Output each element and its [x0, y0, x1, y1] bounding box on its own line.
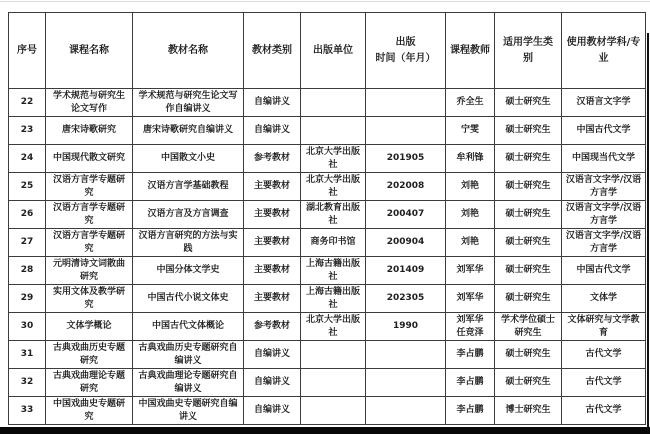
col-header-students: 适用学生类 别 — [495, 13, 562, 89]
cell-course: 汉语方言学专题研究 — [46, 229, 133, 257]
cell-course: 汉语方言学专题研究 — [46, 201, 133, 229]
table-row: 25汉语方言学专题研究汉语方言学基础教程主要教材北京大学出版社202008刘艳硕… — [9, 173, 646, 201]
cell-textbook: 中国分体文学史 — [133, 257, 244, 285]
cell-publisher: 北京大学出版社 — [301, 313, 366, 341]
cell-publisher: 商务印书馆 — [301, 229, 366, 257]
cell-students: 学术学位硕士 研究生 — [495, 313, 562, 341]
cell-pub_date — [366, 117, 446, 145]
cell-pub_date: 201905 — [366, 145, 446, 173]
cell-pub_date — [366, 397, 446, 425]
col-header-pub-date: 出版 时间（年月） — [366, 13, 446, 89]
cell-students: 硕士研究生 — [495, 369, 562, 397]
cell-textbook: 中国古代文体概论 — [133, 313, 244, 341]
cell-course: 唐宋诗歌研究 — [46, 117, 133, 145]
table-row: 23唐宋诗歌研究唐宋诗歌研究自编讲义自编讲义宁雯硕士研究生中国古代文学 — [9, 117, 646, 145]
cell-course: 中国戏曲史专题研究 — [46, 397, 133, 425]
cell-publisher — [301, 341, 366, 369]
table-row: 29实用文体及教学研究中国古代小说文体史主要教材上海古籍出版社202305刘军华… — [9, 285, 646, 313]
cell-students: 博士研究生 — [495, 397, 562, 425]
cell-teacher: 刘军华 — [446, 285, 495, 313]
col-header-course: 课程名称 — [46, 13, 133, 89]
textbook-table: 序号 课程名称 教材名称 教材类别 出版单位 出版 时间（年月） 课程教师 适用… — [8, 12, 646, 425]
cell-students: 硕士研究生 — [495, 229, 562, 257]
cell-pub_date — [366, 341, 446, 369]
cell-teacher: 刘艳 — [446, 201, 495, 229]
cell-index: 31 — [9, 341, 46, 369]
cell-students: 硕士研究生 — [495, 89, 562, 117]
cell-category: 参考教材 — [244, 313, 301, 341]
cell-category: 自编讲义 — [244, 89, 301, 117]
cell-index: 28 — [9, 257, 46, 285]
document-page: 序号 课程名称 教材名称 教材类别 出版单位 出版 时间（年月） 课程教师 适用… — [0, 0, 650, 434]
cell-teacher: 宁雯 — [446, 117, 495, 145]
cell-textbook: 古典戏曲历史专题研究自编讲义 — [133, 341, 244, 369]
col-header-index: 序号 — [9, 13, 46, 89]
cell-subject: 汉语言文字学 — [562, 89, 646, 117]
table-header-row: 序号 课程名称 教材名称 教材类别 出版单位 出版 时间（年月） 课程教师 适用… — [9, 13, 646, 89]
col-header-textbook: 教材名称 — [133, 13, 244, 89]
cell-index: 22 — [9, 89, 46, 117]
cell-teacher: 刘军华 任竞泽 — [446, 313, 495, 341]
cell-teacher: 刘艳 — [446, 173, 495, 201]
table-row: 33中国戏曲史专题研究中国戏曲史专题研究自编讲义自编讲义李占鹏博士研究生古代文学 — [9, 397, 646, 425]
cell-students: 硕士研究生 — [495, 145, 562, 173]
cell-subject: 古代文学 — [562, 369, 646, 397]
cell-category: 自编讲义 — [244, 341, 301, 369]
cell-publisher: 北京大学出版社 — [301, 145, 366, 173]
cell-textbook: 唐宋诗歌研究自编讲义 — [133, 117, 244, 145]
cell-textbook: 学术规范与研究生论文写作自编讲义 — [133, 89, 244, 117]
table-row: 32古典戏曲理论专题研究古典戏曲理论专题研究自编讲义自编讲义李占鹏硕士研究生古代… — [9, 369, 646, 397]
cell-students: 硕士研究生 — [495, 173, 562, 201]
top-edge-line — [0, 1, 650, 2]
cell-pub_date — [366, 89, 446, 117]
cell-category: 主要教材 — [244, 257, 301, 285]
cell-pub_date: 202305 — [366, 285, 446, 313]
table-row: 27汉语方言学专题研究汉语方言研究的方法与实践主要教材商务印书馆200904刘艳… — [9, 229, 646, 257]
cell-subject: 汉语言文字学/汉语方言学 — [562, 201, 646, 229]
cell-category: 主要教材 — [244, 229, 301, 257]
cell-course: 中国现代散文研究 — [46, 145, 133, 173]
cell-textbook: 中国散文小史 — [133, 145, 244, 173]
cell-publisher: 上海古籍出版社 — [301, 285, 366, 313]
cell-students: 硕士研究生 — [495, 285, 562, 313]
cell-students: 硕士研究生 — [495, 257, 562, 285]
cell-pub_date — [366, 369, 446, 397]
table-row: 22学术规范与研究生论文写作学术规范与研究生论文写作自编讲义自编讲义乔全生硕士研… — [9, 89, 646, 117]
cell-course: 汉语方言学专题研究 — [46, 173, 133, 201]
cell-textbook: 汉语方言及方言调查 — [133, 201, 244, 229]
cell-teacher: 李占鹏 — [446, 369, 495, 397]
cell-index: 33 — [9, 397, 46, 425]
cell-course: 实用文体及教学研究 — [46, 285, 133, 313]
cell-subject: 文体学 — [562, 285, 646, 313]
cell-subject: 古代文学 — [562, 397, 646, 425]
cell-textbook: 中国古代小说文体史 — [133, 285, 244, 313]
cell-teacher: 李占鹏 — [446, 341, 495, 369]
cell-category: 自编讲义 — [244, 117, 301, 145]
cell-category: 主要教材 — [244, 173, 301, 201]
cell-subject: 文体研究与文学教育 — [562, 313, 646, 341]
cell-teacher: 乔全生 — [446, 89, 495, 117]
col-header-category: 教材类别 — [244, 13, 301, 89]
cell-subject: 中国古代文学 — [562, 117, 646, 145]
cell-category: 自编讲义 — [244, 369, 301, 397]
col-header-publisher: 出版单位 — [301, 13, 366, 89]
cell-pub_date: 201409 — [366, 257, 446, 285]
right-edge-line — [647, 33, 649, 427]
col-header-subject: 使用教材学科/专 业 — [562, 13, 646, 89]
cell-index: 30 — [9, 313, 46, 341]
cell-textbook: 中国戏曲史专题研究自编讲义 — [133, 397, 244, 425]
cell-index: 26 — [9, 201, 46, 229]
cell-publisher — [301, 89, 366, 117]
cell-course: 古典戏曲理论专题研究 — [46, 369, 133, 397]
table-row: 24中国现代散文研究中国散文小史参考教材北京大学出版社201905牟利锋硕士研究… — [9, 145, 646, 173]
cell-category: 主要教材 — [244, 201, 301, 229]
cell-publisher — [301, 397, 366, 425]
cell-students: 硕士研究生 — [495, 201, 562, 229]
table-row: 26汉语方言学专题研究汉语方言及方言调查主要教材湖北教育出版社200407刘艳硕… — [9, 201, 646, 229]
cell-pub_date: 1990 — [366, 313, 446, 341]
table-row: 30文体学概论中国古代文体概论参考教材北京大学出版社1990刘军华 任竞泽学术学… — [9, 313, 646, 341]
cell-index: 32 — [9, 369, 46, 397]
cell-textbook: 古典戏曲理论专题研究自编讲义 — [133, 369, 244, 397]
cell-subject: 汉语言文字学/汉语方言学 — [562, 229, 646, 257]
cell-pub_date: 200904 — [366, 229, 446, 257]
cell-teacher: 李占鹏 — [446, 397, 495, 425]
cell-course: 文体学概论 — [46, 313, 133, 341]
cell-course: 学术规范与研究生论文写作 — [46, 89, 133, 117]
col-header-teacher: 课程教师 — [446, 13, 495, 89]
cell-index: 29 — [9, 285, 46, 313]
cell-publisher: 北京大学出版社 — [301, 173, 366, 201]
cell-pub_date: 202008 — [366, 173, 446, 201]
cell-publisher: 上海古籍出版社 — [301, 257, 366, 285]
cell-category: 参考教材 — [244, 145, 301, 173]
cell-textbook: 汉语方言学基础教程 — [133, 173, 244, 201]
cell-subject: 汉语言文字学/汉语方言学 — [562, 173, 646, 201]
table-row: 31古典戏曲历史专题研究古典戏曲历史专题研究自编讲义自编讲义李占鹏硕士研究生古代… — [9, 341, 646, 369]
cell-publisher: 湖北教育出版社 — [301, 201, 366, 229]
cell-subject: 古代文学 — [562, 341, 646, 369]
cell-teacher: 刘军华 — [446, 257, 495, 285]
cell-students: 硕士研究生 — [495, 341, 562, 369]
cell-pub_date: 200407 — [366, 201, 446, 229]
cell-course: 元明清诗文词散曲研究 — [46, 257, 133, 285]
cell-index: 23 — [9, 117, 46, 145]
cell-teacher: 牟利锋 — [446, 145, 495, 173]
cell-students: 硕士研究生 — [495, 117, 562, 145]
cell-publisher — [301, 369, 366, 397]
cell-course: 古典戏曲历史专题研究 — [46, 341, 133, 369]
cell-teacher: 刘艳 — [446, 229, 495, 257]
cell-index: 24 — [9, 145, 46, 173]
cell-textbook: 汉语方言研究的方法与实践 — [133, 229, 244, 257]
table-header: 序号 课程名称 教材名称 教材类别 出版单位 出版 时间（年月） 课程教师 适用… — [9, 13, 646, 89]
table-body: 22学术规范与研究生论文写作学术规范与研究生论文写作自编讲义自编讲义乔全生硕士研… — [9, 89, 646, 425]
cell-category: 自编讲义 — [244, 397, 301, 425]
table-row: 28元明清诗文词散曲研究中国分体文学史主要教材上海古籍出版社201409刘军华硕… — [9, 257, 646, 285]
cell-subject: 中国现当代文学 — [562, 145, 646, 173]
cell-category: 主要教材 — [244, 285, 301, 313]
cell-subject: 中国古代文学 — [562, 257, 646, 285]
cell-index: 25 — [9, 173, 46, 201]
cell-publisher — [301, 117, 366, 145]
cell-index: 27 — [9, 229, 46, 257]
bottom-edge-bar — [0, 427, 650, 434]
